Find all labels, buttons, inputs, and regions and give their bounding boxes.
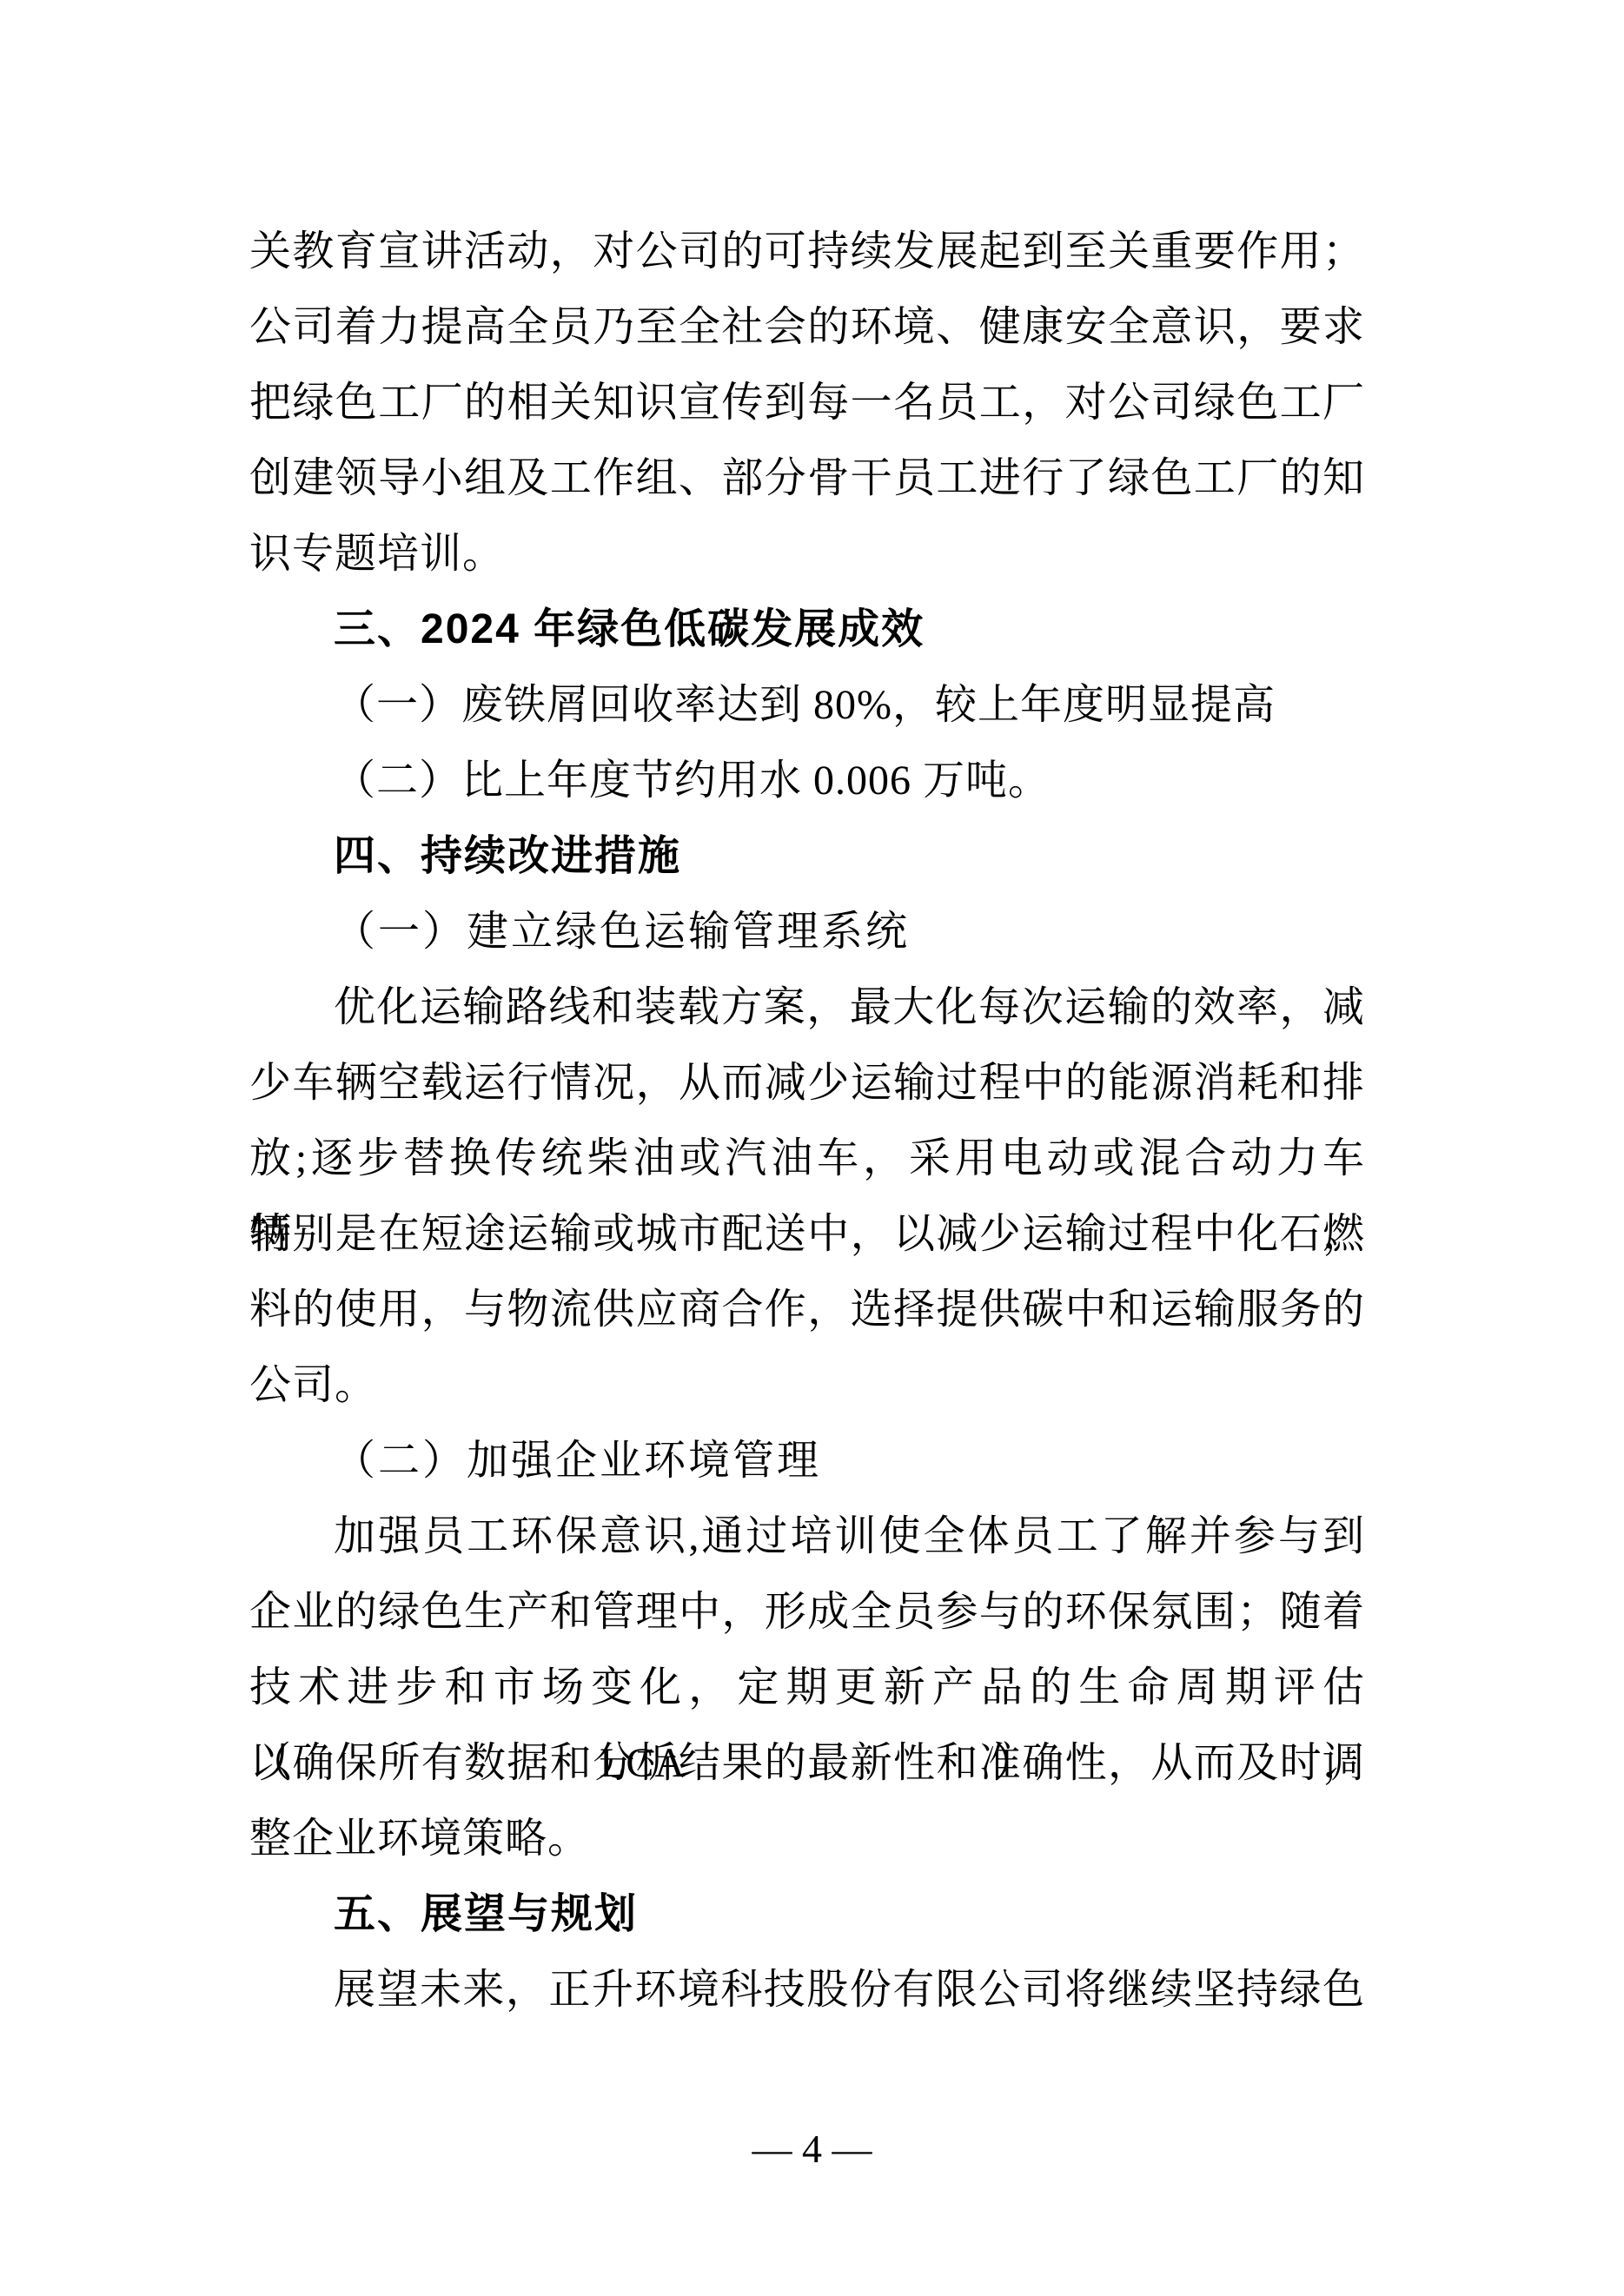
subsection-heading: （一）建立绿色运输管理系统 (249, 894, 1365, 969)
paragraph-line: 公司着力提高全员乃至全社会的环境、健康安全意识，要求 (249, 289, 1365, 365)
list-item: （一）废铁屑回收率达到 80%，较上年度明显提高 (249, 667, 1365, 743)
paragraph-line: 优化运输路线和装载方案，最大化每次运输的效率，减 (249, 969, 1365, 1045)
paragraph-line: 整企业环境策略。 (249, 1801, 1365, 1876)
paragraph-line: 关教育宣讲活动，对公司的可持续发展起到至关重要作用； (249, 214, 1365, 289)
paragraph-line: 企业的绿色生产和管理中，形成全员参与的环保氛围；随着 (249, 1574, 1365, 1650)
section-heading: 四、持续改进措施 (249, 818, 1365, 894)
document-page: 关教育宣讲活动，对公司的可持续发展起到至关重要作用； 公司着力提高全员乃至全社会… (0, 0, 1624, 2296)
paragraph-line: 加强员工环保意识,通过培训使全体员工了解并参与到 (249, 1499, 1365, 1574)
paragraph-line: 以确保所有数据和分析结果的最新性和准确性，从而及时调 (249, 1725, 1365, 1801)
paragraph-line: 展望未来，正升环境科技股份有限公司将继续坚持绿色 (249, 1952, 1365, 2028)
subsection-heading: （二）加强企业环境管理 (249, 1423, 1365, 1499)
section-heading: 三、2024 年绿色低碳发展成效 (249, 592, 1365, 667)
paragraph-line: 料的使用，与物流供应商合作，选择提供碳中和运输服务的 (249, 1272, 1365, 1347)
paragraph-line: 技术进步和市场变化，定期更新产品的生命周期评估（LCA）， (249, 1650, 1365, 1725)
paragraph-line: 少车辆空载运行情况，从而减少运输过程中的能源消耗和排 (249, 1045, 1365, 1121)
section-heading: 五、展望与规划 (249, 1876, 1365, 1952)
paragraph-line: 识专题培训。 (249, 516, 1365, 592)
paragraph-line: 公司。 (249, 1347, 1365, 1423)
paragraph-line: 放;逐步替换传统柴油或汽油车，采用电动或混合动力车辆， (249, 1121, 1365, 1196)
paragraph-line: 创建领导小组及工作组、部分骨干员工进行了绿色工厂的知 (249, 440, 1365, 516)
paragraph-line: 把绿色工厂的相关知识宣传到每一名员工，对公司绿色工厂 (249, 365, 1365, 440)
document-body: 关教育宣讲活动，对公司的可持续发展起到至关重要作用； 公司着力提高全员乃至全社会… (249, 214, 1365, 2028)
list-item: （二）比上年度节约用水 0.006 万吨。 (249, 743, 1365, 818)
paragraph-line: 特别是在短途运输或城市配送中，以减少运输过程中化石燃 (249, 1196, 1365, 1272)
page-number: — 4 — (752, 2127, 872, 2171)
page-footer: — 4 — (0, 2127, 1624, 2172)
